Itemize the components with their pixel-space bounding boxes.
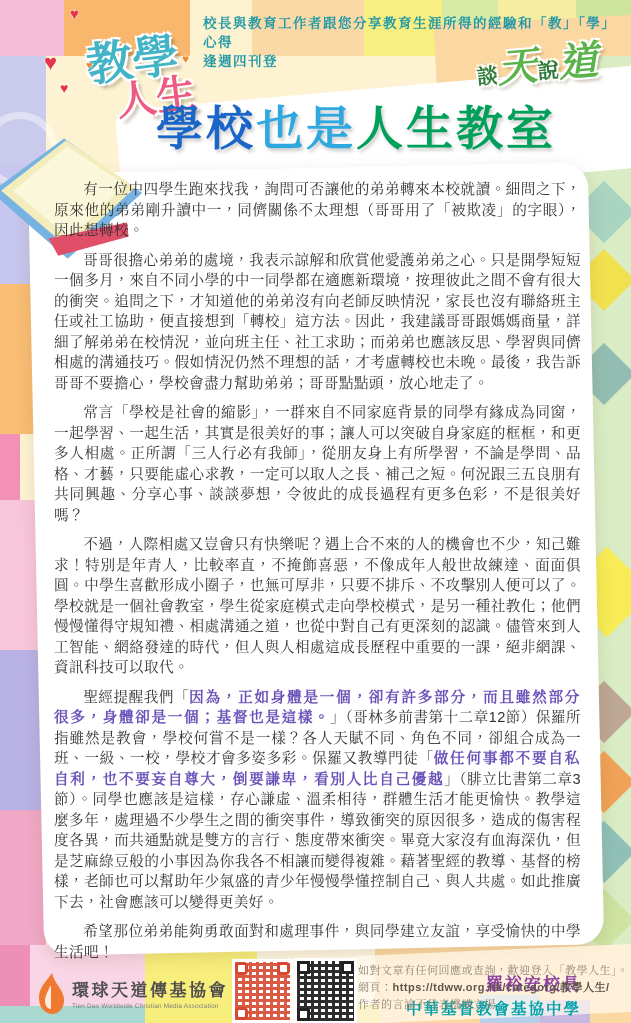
paragraph: 哥哥很擔心弟弟的處境，我表示諒解和欣賞他愛護弟弟之心。只是開學短短一個多月，來自… (54, 251, 581, 395)
badge-char: 談 (476, 64, 499, 89)
text-segment: 聖經提醒我們「 (83, 690, 189, 706)
badge-char: 說 (537, 59, 560, 84)
title-part1: 學校 (156, 102, 256, 155)
footer-url-label: 網頁： (358, 982, 393, 994)
paragraph-with-scripture: 聖經提醒我們「因為，正如身體是一個，卻有許多部分，而且雖然部分很多，身體卻是一個… (54, 688, 581, 914)
tantian-shuodao-badge: 談天說道 (474, 29, 601, 96)
qr-code-black-icon (294, 958, 357, 1023)
organization-logo-text: 環球天道傳基協會 Tien Dao Worldwide Christian Me… (72, 976, 228, 1010)
title-part2: 也是 (256, 102, 356, 155)
paragraph: 有一位中四學生跑來找我，詢問可否讓他的弟弟轉來本校就讀。細問之下，原來他的弟弟剛… (54, 180, 581, 242)
organization-name-en: Tien Dao Worldwide Christian Media Assoc… (72, 1003, 228, 1010)
footer-note-line2: 網頁：https://tdww.org.hk/categorg/教學人生/ (358, 980, 629, 997)
footer-note-line1: 如對文章有任何回應或查詢，歡迎登入「教學人生」。 (358, 963, 629, 980)
footer-note: 如對文章有任何回應或查詢，歡迎登入「教學人生」。 網頁：https://tdww… (358, 963, 629, 1014)
paragraph: 常言「學校是社會的縮影」，一群來自不同家庭背景的同學有緣成為同窗，一起學習、一起… (54, 403, 581, 526)
page-title: 學校也是人生教室 (156, 92, 556, 159)
footer-url: https://tdww.org.hk/categorg/教學人生/ (393, 982, 610, 994)
title-part3: 人生教室 (356, 102, 556, 155)
paragraph: 不過，人際相處又豈會只有快樂呢？遇上合不來的人的機會也不少，知己難求！特別是年青… (54, 535, 581, 679)
heart-icon: ♥ (44, 50, 57, 76)
qr-code-orange-icon (232, 959, 293, 1023)
flame-logo-icon (36, 972, 66, 1021)
heart-icon: ♥ (86, 60, 93, 72)
footer-note-line3: 作者的言論不代表機構立場 (358, 997, 629, 1014)
heart-icon: ♥ (182, 52, 189, 66)
poster-page: 校長與教育工作者跟您分享教育生涯所得的經驗和「教」「學」心得 逢週四刊登 談天說… (0, 0, 631, 1023)
paragraph: 希望那位弟弟能夠勇敢面對和處理事件，與同學建立友誼，享受愉快的中學生活吧！ (54, 922, 581, 963)
text-segment: 」（腓立比書第二章3節）。同學也應該是這樣，存心謙虛、溫柔相待，群體生活才能更愉… (54, 772, 581, 911)
article: 有一位中四學生跑來找我，詢問可否讓他的弟弟轉來本校就讀。細問之下，原來他的弟弟剛… (54, 180, 581, 1022)
mosaic-tile (0, 810, 46, 945)
heart-icon: ♥ (60, 80, 68, 96)
badge-char: 道 (556, 39, 600, 86)
organization-name-zh: 環球天道傳基協會 (72, 976, 228, 1001)
heart-icon: ♥ (70, 6, 79, 23)
badge-char: 天 (496, 44, 540, 91)
